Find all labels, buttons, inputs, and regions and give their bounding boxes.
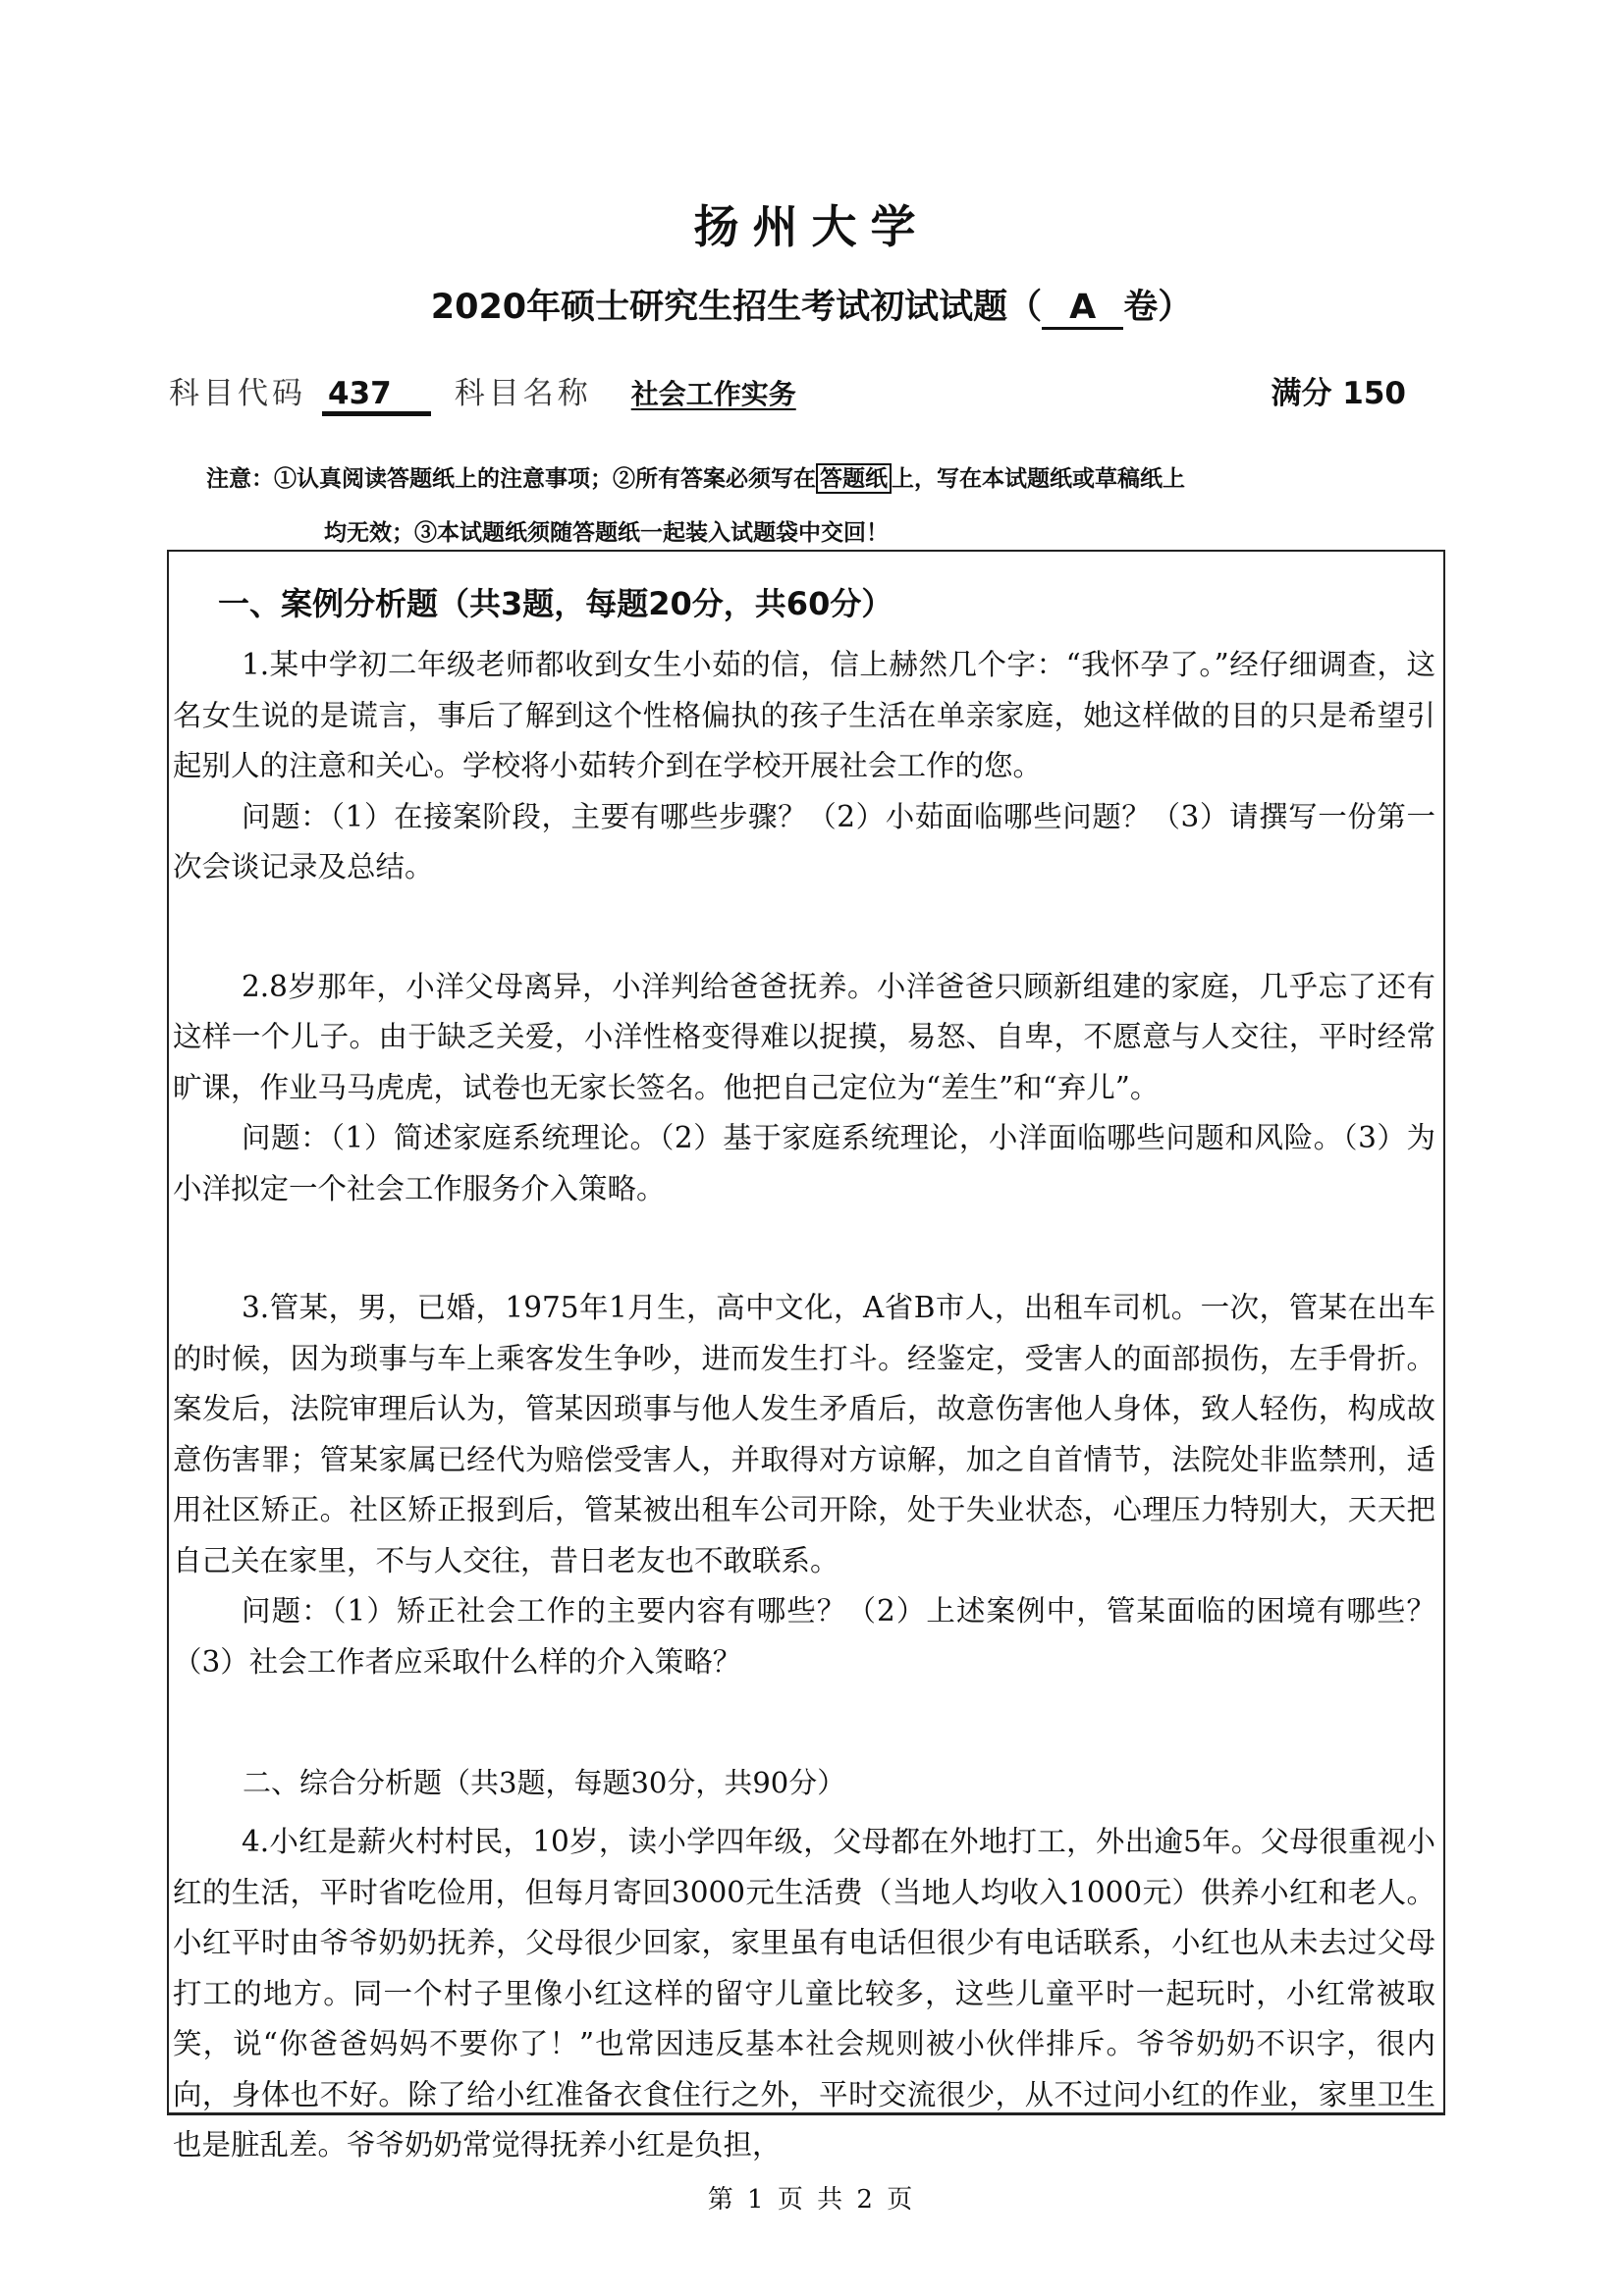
notice-line-1: 注意：①认真阅读答题纸上的注意事项；②所有答案必须写在答题纸上，写在本试题纸或草… xyxy=(206,452,1473,506)
subject-code-label: 科目代码 xyxy=(169,368,306,412)
notice: 注意：①认真阅读答题纸上的注意事项；②所有答案必须写在答题纸上，写在本试题纸或草… xyxy=(206,452,1473,560)
paper-version: A xyxy=(1042,288,1123,330)
subject-code: 437 xyxy=(322,376,431,416)
full-score-value: 150 xyxy=(1342,376,1406,411)
question-2-prompt: 问题：（1）简述家庭系统理论。（2）基于家庭系统理论，小洋面临哪些问题和风险。（… xyxy=(169,1113,1439,1214)
exam-title: 2020年硕士研究生招生考试初试试题（A卷） xyxy=(0,280,1623,330)
exam-title-prefix: 2020年硕士研究生招生考试初试试题（ xyxy=(431,288,1042,327)
question-content: 一、案例分析题（共3题，每题20分，共60分） 1.某中学初二年级老师都收到女生… xyxy=(169,579,1439,2171)
question-1-prompt-text: 问题：（1）在接案阶段，主要有哪些步骤？（2）小茹面临哪些问题？（3）请撰写一份… xyxy=(173,800,1435,884)
spacer xyxy=(169,893,1439,962)
notice-text-2: 上，写在本试题纸或草稿纸上 xyxy=(892,465,1185,492)
full-score-label: 满分 xyxy=(1271,376,1331,411)
notice-text-1: ①认真阅读答题纸上的注意事项；②所有答案必须写在 xyxy=(274,465,816,492)
subject-info-row: 科目代码 437 科目名称 社会工作实务 满分 150 xyxy=(169,368,1406,416)
spacer xyxy=(169,1214,1439,1283)
question-3-case: 3.管某，男，已婚，1975年1月生，高中文化，A省B市人，出租车司机。一次，管… xyxy=(169,1283,1439,1586)
question-1-case-text: 1.某中学初二年级老师都收到女生小茹的信，信上赫然几个字：“我怀孕了。”经仔细调… xyxy=(173,648,1435,782)
question-3-prompt-text: 问题：（1）矫正社会工作的主要内容有哪些？（2）上述案例中，管某面临的困境有哪些… xyxy=(173,1594,1435,1679)
section-heading-2: 二、综合分析题（共3题，每题30分，共90分） xyxy=(169,1756,1439,1817)
subject-name-label: 科目名称 xyxy=(455,368,592,412)
page-number: 第 1 页 共 2 页 xyxy=(0,2179,1623,2216)
question-1-prompt: 问题：（1）在接案阶段，主要有哪些步骤？（2）小茹面临哪些问题？（3）请撰写一份… xyxy=(169,792,1439,893)
question-2-case-text: 2.8岁那年，小洋父母离异，小洋判给爸爸抚养。小洋爸爸只顾新组建的家庭，几乎忘了… xyxy=(173,970,1435,1104)
question-4-case: 4.小红是薪火村村民，10岁，读小学四年级，父母都在外地打工，外出逾5年。父母很… xyxy=(169,1817,1439,2171)
question-1-case: 1.某中学初二年级老师都收到女生小茹的信，信上赫然几个字：“我怀孕了。”经仔细调… xyxy=(169,640,1439,792)
exam-title-suffix: 卷） xyxy=(1123,288,1192,327)
university-title: 扬州大学 xyxy=(0,191,1623,256)
subject-name: 社会工作实务 xyxy=(631,373,796,412)
question-4-case-text: 4.小红是薪火村村民，10岁，读小学四年级，父母都在外地打工，外出逾5年。父母很… xyxy=(173,1825,1435,2162)
full-score: 满分 150 xyxy=(1271,368,1406,412)
question-2-prompt-text: 问题：（1）简述家庭系统理论。（2）基于家庭系统理论，小洋面临哪些问题和风险。（… xyxy=(173,1121,1435,1205)
notice-label: 注意： xyxy=(206,465,274,492)
question-3-prompt: 问题：（1）矫正社会工作的主要内容有哪些？（2）上述案例中，管某面临的困境有哪些… xyxy=(169,1586,1439,1687)
spacer xyxy=(169,1687,1439,1756)
question-3-case-text: 3.管某，男，已婚，1975年1月生，高中文化，A省B市人，出租车司机。一次，管… xyxy=(173,1291,1435,1577)
question-2-case: 2.8岁那年，小洋父母离异，小洋判给爸爸抚养。小洋爸爸只顾新组建的家庭，几乎忘了… xyxy=(169,962,1439,1114)
section-heading-1: 一、案例分析题（共3题，每题20分，共60分） xyxy=(169,579,1439,640)
notice-boxed-term: 答题纸 xyxy=(816,463,892,494)
